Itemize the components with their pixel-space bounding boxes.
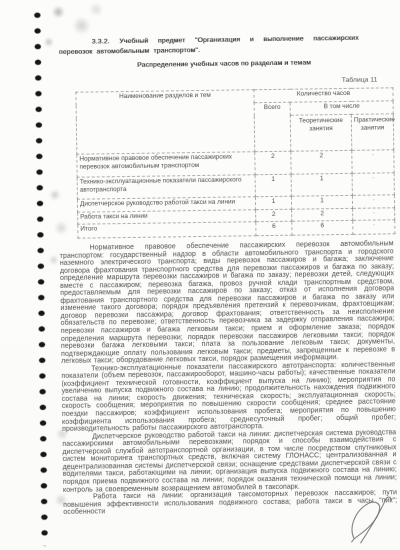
col-header-theory: Теоретические занятия — [290, 114, 351, 151]
total-row-practice: - — [353, 220, 395, 235]
total-row-name: Итого — [78, 222, 256, 238]
row-practice: - — [352, 173, 394, 196]
row-theory: 2 — [292, 208, 353, 221]
row-total: 1 — [255, 196, 291, 210]
col-header-total: Всего — [254, 102, 291, 151]
paragraph: Диспетчерское руководство работой такси … — [62, 429, 397, 494]
binding-holes — [30, 8, 52, 546]
total-row-theory: 6 — [292, 220, 353, 235]
table-total-row: Итого 6 6 - — [78, 220, 395, 238]
row-total: 1 — [255, 174, 291, 197]
handwritten-signature — [339, 491, 400, 546]
row-theory: 1 — [291, 195, 352, 209]
paragraph: Технико-эксплуатационные показатели пасс… — [61, 361, 396, 434]
row-total: 2 — [255, 151, 291, 175]
row-theory: 1 — [291, 173, 352, 196]
subheading: Распределение учебных часов по разделам … — [57, 57, 391, 71]
row-practice: - — [352, 195, 394, 209]
row-practice: - — [353, 208, 395, 221]
section-heading: 3.3.2. Учебный предмет "Организация и вы… — [59, 28, 359, 57]
row-theory: 2 — [291, 150, 352, 174]
paragraph: Нормативное правовое обеспечение пассажи… — [60, 240, 396, 365]
body-text: Нормативное правовое обеспечение пассажи… — [60, 240, 398, 516]
col-header-practice: Практические занятия — [351, 114, 394, 151]
table-caption: Таблица 11 — [57, 76, 391, 88]
scanned-page: 3.3.2. Учебный предмет "Организация и вы… — [0, 0, 400, 550]
row-total: 2 — [256, 209, 292, 222]
page-content: 3.3.2. Учебный предмет "Организация и вы… — [57, 27, 398, 516]
col-header-name: Наименование разделов и тем — [76, 90, 255, 154]
hours-table: Наименование разделов и тем Количество ч… — [75, 87, 395, 238]
total-row-total: 6 — [256, 221, 292, 236]
page-tilt-wrapper: 3.3.2. Учебный предмет "Организация и вы… — [0, 0, 400, 550]
row-name: Технико-эксплуатационные показатели пасс… — [77, 175, 255, 199]
row-practice: - — [352, 150, 394, 174]
row-name: Нормативное правовое обеспечение пассажи… — [77, 152, 255, 177]
